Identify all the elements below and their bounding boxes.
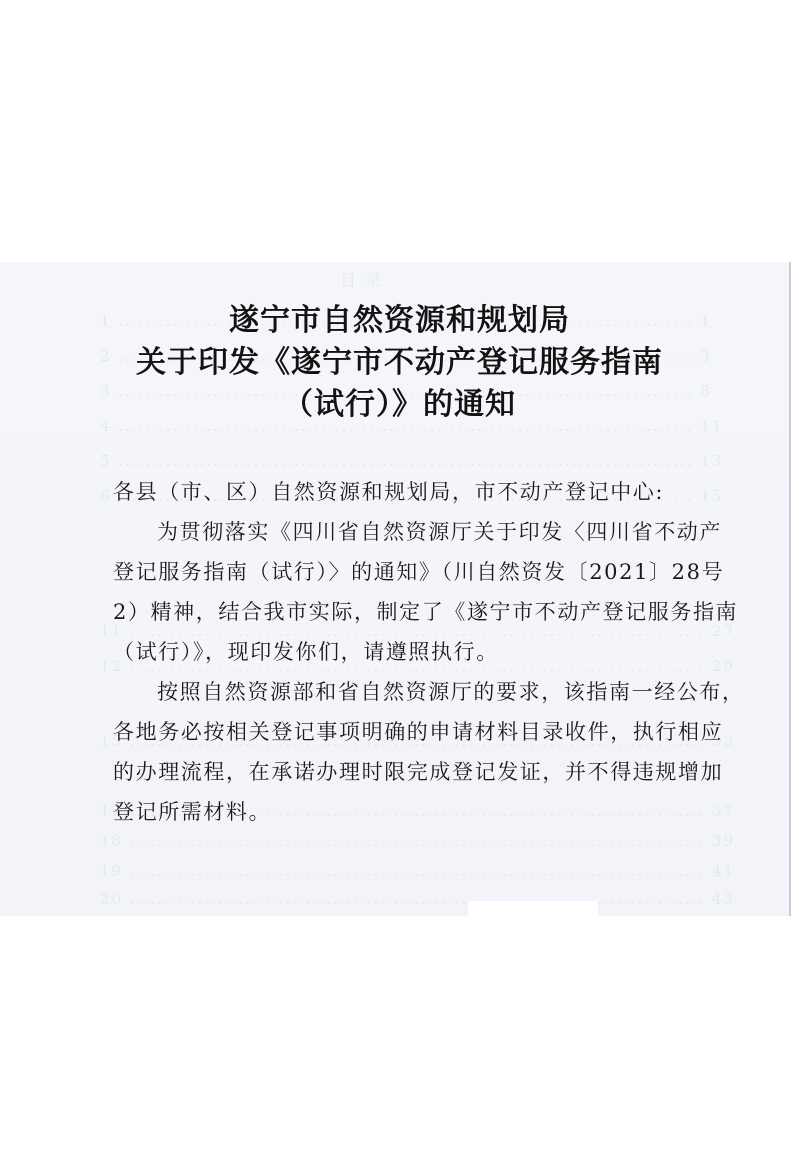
paragraph-1-line-2: 登记服务指南（试行）〉的通知》（川自然资发〔2021〕28号 (113, 559, 724, 585)
bleed-through-line: 18 .....................................… (100, 832, 735, 850)
document-title-line-3: （试行）》的通知 (0, 387, 799, 423)
paragraph-1-line-4: （试行）》，现印发你们，请遵照执行。 (113, 639, 499, 665)
scan-artifact (468, 901, 598, 916)
paragraph-1-line-1: 为贯彻落实《四川省自然资源厅关于印发〈四川省不动产 (157, 519, 722, 545)
paragraph-2-line-1: 按照自然资源部和省自然资源厅的要求，该指南一经公布， (157, 679, 745, 705)
bleed-through-line: 20 .....................................… (100, 890, 735, 908)
salutation: 各县（市、区）自然资源和规划局，市不动产登记中心: (113, 479, 664, 505)
bleed-through-heading: 目 录 (340, 268, 383, 291)
paragraph-2-line-4: 登记所需材料。 (113, 799, 271, 825)
bleed-through-line: 5 ......................................… (100, 452, 723, 470)
paragraph-2-line-3: 的办理流程，在承诺办理时限完成登记发证，并不得违规增加 (113, 759, 723, 785)
document-title-line-1: 遂宁市自然资源和规划局 (0, 303, 799, 339)
paragraph-1-line-3: 2）精神，结合我市实际，制定了《遂宁市不动产登记服务指南 (113, 599, 738, 625)
bleed-through-line: 19 .....................................… (100, 862, 735, 880)
document-title-line-2: 关于印发《遂宁市不动产登记服务指南 (0, 345, 799, 381)
paragraph-2-line-2: 各地务必按相关登记事项明确的申请材料目录收件，执行相应 (113, 719, 723, 745)
